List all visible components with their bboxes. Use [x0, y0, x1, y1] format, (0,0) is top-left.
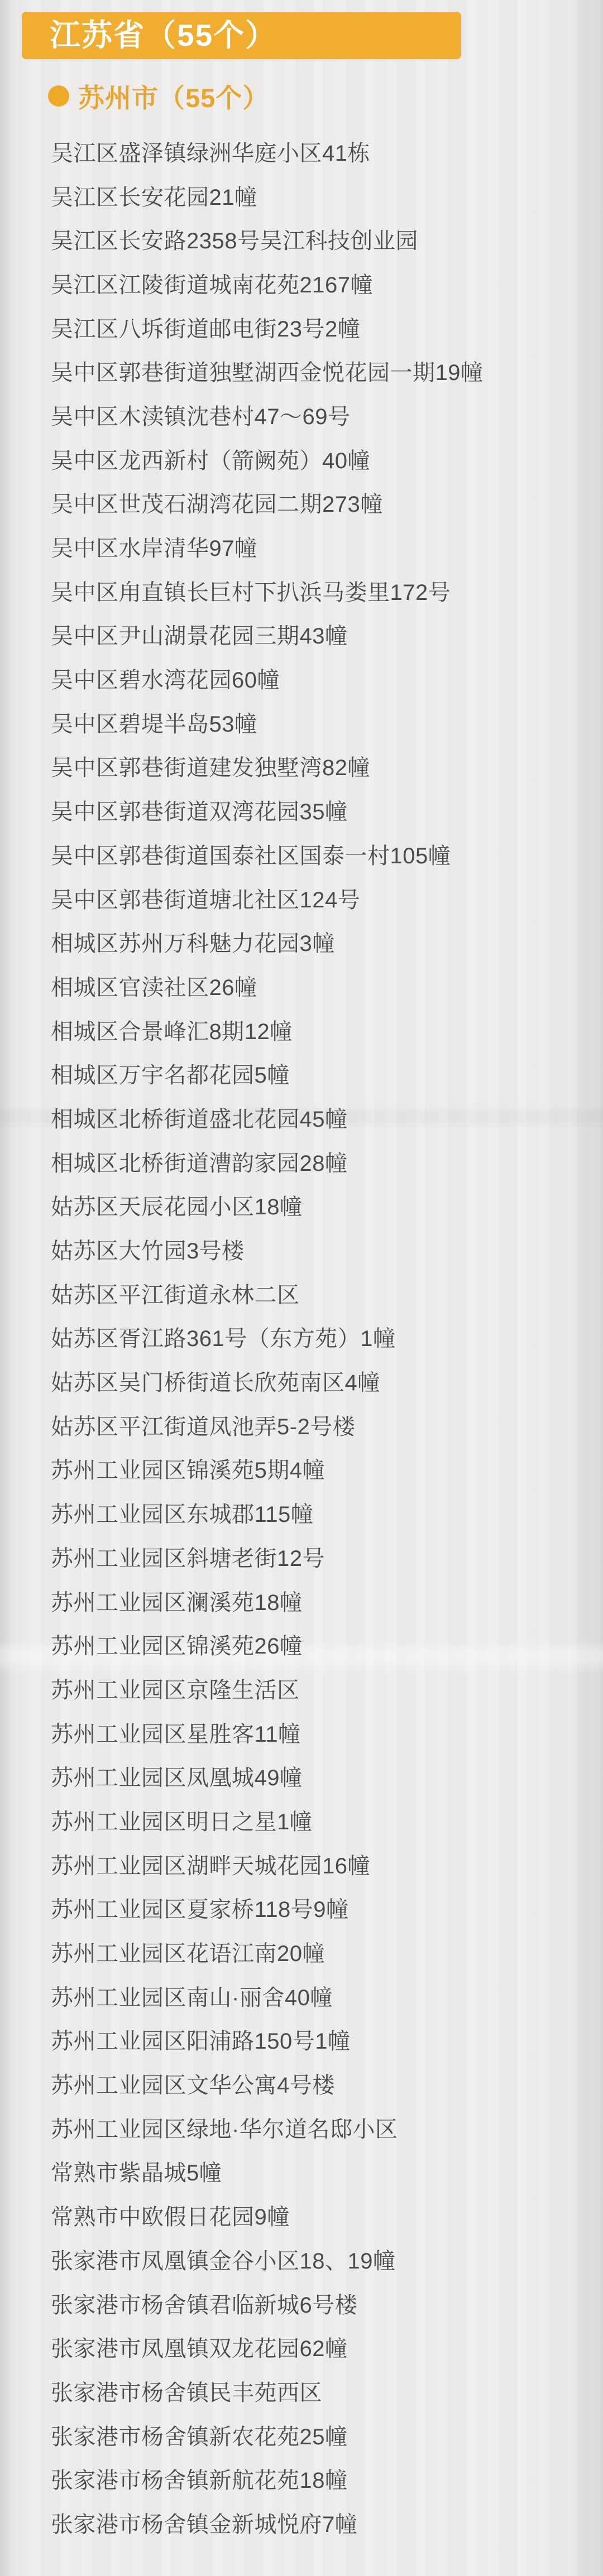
list-item: 苏州工业园区湖畔天城花园16幢	[51, 1842, 575, 1886]
list-item: 姑苏区大竹园3号楼	[51, 1227, 575, 1271]
list-item: 姑苏区平江街道凤池弄5-2号楼	[51, 1403, 575, 1447]
list-item: 张家港市凤凰镇双龙花园62幢	[51, 2325, 575, 2369]
list-item: 苏州工业园区凤凰城49幢	[51, 1754, 575, 1798]
list-item: 吴中区尹山湖景花园三期43幢	[51, 613, 575, 657]
list-item: 苏州工业园区绿地·华尔道名邸小区	[51, 2106, 575, 2150]
list-item: 张家港市杨舍镇新农花苑25幢	[51, 2413, 575, 2457]
list-item: 苏州工业园区锦溪苑5期4幢	[51, 1447, 575, 1491]
city-header-label: 苏州市（55个）	[78, 78, 269, 115]
list-item: 吴中区郭巷街道国泰社区国泰一村105幢	[51, 832, 575, 876]
list-item: 苏州工业园区东城郡115幢	[51, 1491, 575, 1535]
list-item: 吴中区碧堤半岛53幢	[51, 700, 575, 744]
list-item: 张家港市杨舍镇金新城悦府7幢	[51, 2501, 575, 2545]
list-item: 吴中区郭巷街道塘北社区124号	[51, 876, 575, 920]
list-item: 张家港市杨舍镇新航花苑18幢	[51, 2457, 575, 2501]
list-item: 吴中区世茂石湖湾花园二期273幢	[51, 481, 575, 525]
list-item: 相城区万宇名都花园5幢	[51, 1051, 575, 1095]
list-item: 张家港市杨舍镇君临新城6号楼	[51, 2281, 575, 2325]
list-item: 苏州工业园区文华公寓4号楼	[51, 2061, 575, 2106]
list-item: 相城区合景峰汇8期12幢	[51, 1008, 575, 1052]
city-header-row: 苏州市（55个）	[48, 83, 269, 109]
bullet-icon	[48, 85, 69, 107]
list-item: 吴江区江陵街道城南花苑2167幢	[51, 261, 575, 305]
list-item: 苏州工业园区锦溪苑26幢	[51, 1622, 575, 1666]
list-item: 苏州工业园区明日之星1幢	[51, 1798, 575, 1842]
list-item: 姑苏区平江街道永林二区	[51, 1271, 575, 1315]
list-item: 吴江区八坼街道邮电街23号2幢	[51, 305, 575, 349]
list-item: 苏州工业园区澜溪苑18幢	[51, 1579, 575, 1623]
list-item: 苏州工业园区京隆生活区	[51, 1666, 575, 1710]
list-item: 吴中区木渎镇沈巷村47～69号	[51, 393, 575, 437]
list-item: 吴江区盛泽镇绿洲华庭小区41栋	[51, 129, 575, 174]
list-item: 姑苏区天辰花园小区18幢	[51, 1184, 575, 1228]
list-item: 吴中区郭巷街道建发独墅湾82幢	[51, 744, 575, 789]
list-item: 吴中区碧水湾花园60幢	[51, 656, 575, 700]
list-item: 苏州工业园区星胜客11幢	[51, 1710, 575, 1755]
list-item: 苏州工业园区南山·丽舍40幢	[51, 1974, 575, 2018]
list-item: 相城区北桥街道盛北花园45幢	[51, 1095, 575, 1140]
list-item: 苏州工业园区花语江南20幢	[51, 1930, 575, 1974]
list-item: 吴中区郭巷街道双湾花园35幢	[51, 788, 575, 832]
page: { "header": { "province": "江苏省（55个）", "c…	[0, 0, 603, 2576]
list-item: 相城区北桥街道漕韵家园28幢	[51, 1140, 575, 1184]
list-item: 张家港市杨舍镇民丰苑西区	[51, 2369, 575, 2413]
list-item: 张家港市凤凰镇金谷小区18、19幢	[51, 2237, 575, 2281]
list-item: 姑苏区胥江路361号（东方苑）1幢	[51, 1315, 575, 1359]
list-item: 常熟市紫晶城5幢	[51, 2150, 575, 2194]
list-item: 吴中区甪直镇长巨村下扒浜马娄里172号	[51, 569, 575, 613]
list-item: 吴中区郭巷街道独墅湖西金悦花园一期19幢	[51, 349, 575, 393]
list-item: 相城区官渎社区26幢	[51, 964, 575, 1008]
list-item: 吴江区长安花园21幢	[51, 174, 575, 218]
list-item: 苏州工业园区阳浦路150号1幢	[51, 2018, 575, 2062]
list-item: 常熟市中欧假日花园9幢	[51, 2193, 575, 2237]
list-item: 苏州工业园区斜塘老街12号	[51, 1535, 575, 1579]
province-header: 江苏省（55个）	[22, 12, 461, 59]
list-item: 相城区苏州万科魅力花园3幢	[51, 920, 575, 964]
list-item: 吴中区水岸清华97幢	[51, 525, 575, 569]
list-item: 吴江区长安路2358号吴江科技创业园	[51, 217, 575, 261]
address-list: 吴江区盛泽镇绿洲华庭小区41栋吴江区长安花园21幢吴江区长安路2358号吴江科技…	[51, 129, 575, 2545]
list-item: 吴中区龙西新村（箭阙苑）40幢	[51, 437, 575, 481]
list-item: 姑苏区吴门桥街道长欣苑南区4幢	[51, 1359, 575, 1403]
list-item: 苏州工业园区夏家桥118号9幢	[51, 1886, 575, 1930]
